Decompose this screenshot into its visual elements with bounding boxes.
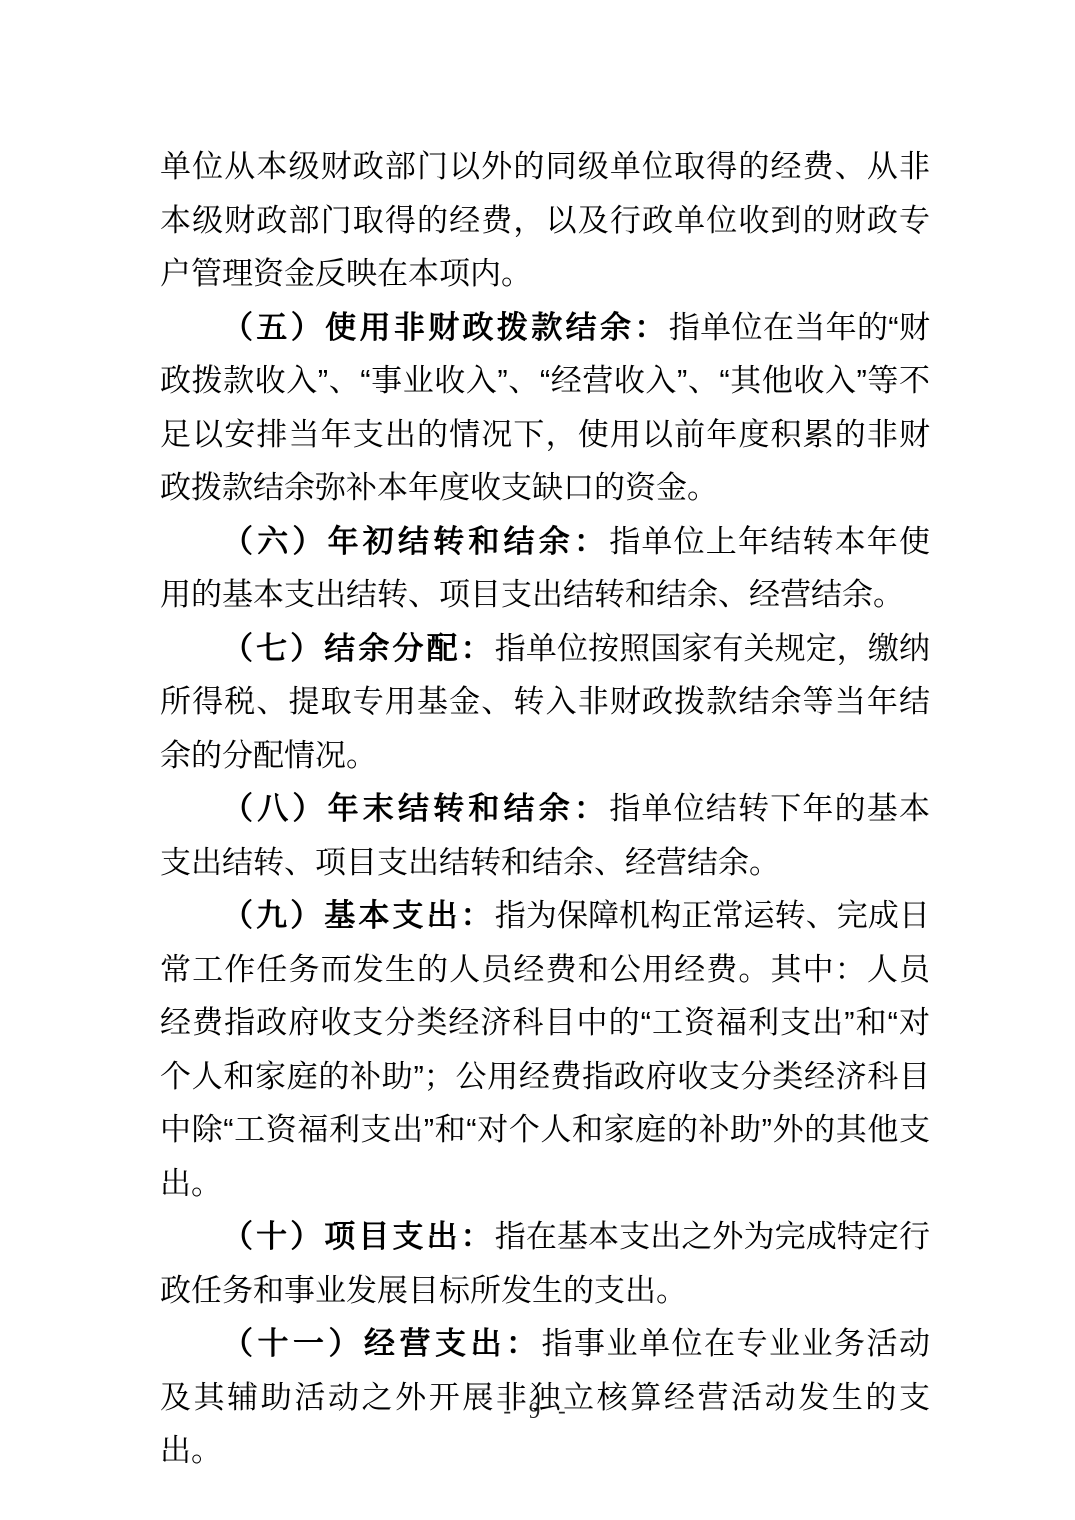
section-heading: （十）项目支出：	[222, 1219, 495, 1254]
section-heading: （六）年初结转和结余：	[222, 524, 609, 559]
paragraph: （七）结余分配：指单位按照国家有关规定，缴纳所得税、提取专用基金、转入非财政拨款…	[160, 622, 930, 783]
paragraph: 单位从本级财政部门以外的同级单位取得的经费、从非本级财政部门取得的经费，以及行政…	[160, 140, 930, 301]
page-number: - 9 -	[0, 1398, 1075, 1424]
paragraph: （五）使用非财政拨款结余：指单位在当年的“财政拨款收入”、“事业收入”、“经营收…	[160, 301, 930, 515]
section-text: 指为保障机构正常运转、完成日常工作任务而发生的人员经费和公用经费。其中：人员经费…	[160, 898, 930, 1201]
paragraph: （九）基本支出：指为保障机构正常运转、完成日常工作任务而发生的人员经费和公用经费…	[160, 889, 930, 1210]
section-heading: （八）年末结转和结余：	[222, 791, 609, 826]
section-heading: （五）使用非财政拨款结余：	[222, 310, 669, 345]
document-page: 单位从本级财政部门以外的同级单位取得的经费、从非本级财政部门取得的经费，以及行政…	[0, 0, 1075, 1520]
section-heading: （九）基本支出：	[222, 898, 495, 933]
paragraph: （十）项目支出：指在基本支出之外为完成特定行政任务和事业发展目标所发生的支出。	[160, 1210, 930, 1317]
section-heading: （十一）经营支出：	[222, 1326, 542, 1361]
paragraph: （八）年末结转和结余：指单位结转下年的基本支出结转、项目支出结转和结余、经营结余…	[160, 782, 930, 889]
document-body: 单位从本级财政部门以外的同级单位取得的经费、从非本级财政部门取得的经费，以及行政…	[160, 140, 930, 1478]
section-heading: （七）结余分配：	[222, 631, 495, 666]
section-text: 单位从本级财政部门以外的同级单位取得的经费、从非本级财政部门取得的经费，以及行政…	[160, 149, 930, 291]
paragraph: （六）年初结转和结余：指单位上年结转本年使用的基本支出结转、项目支出结转和结余、…	[160, 515, 930, 622]
